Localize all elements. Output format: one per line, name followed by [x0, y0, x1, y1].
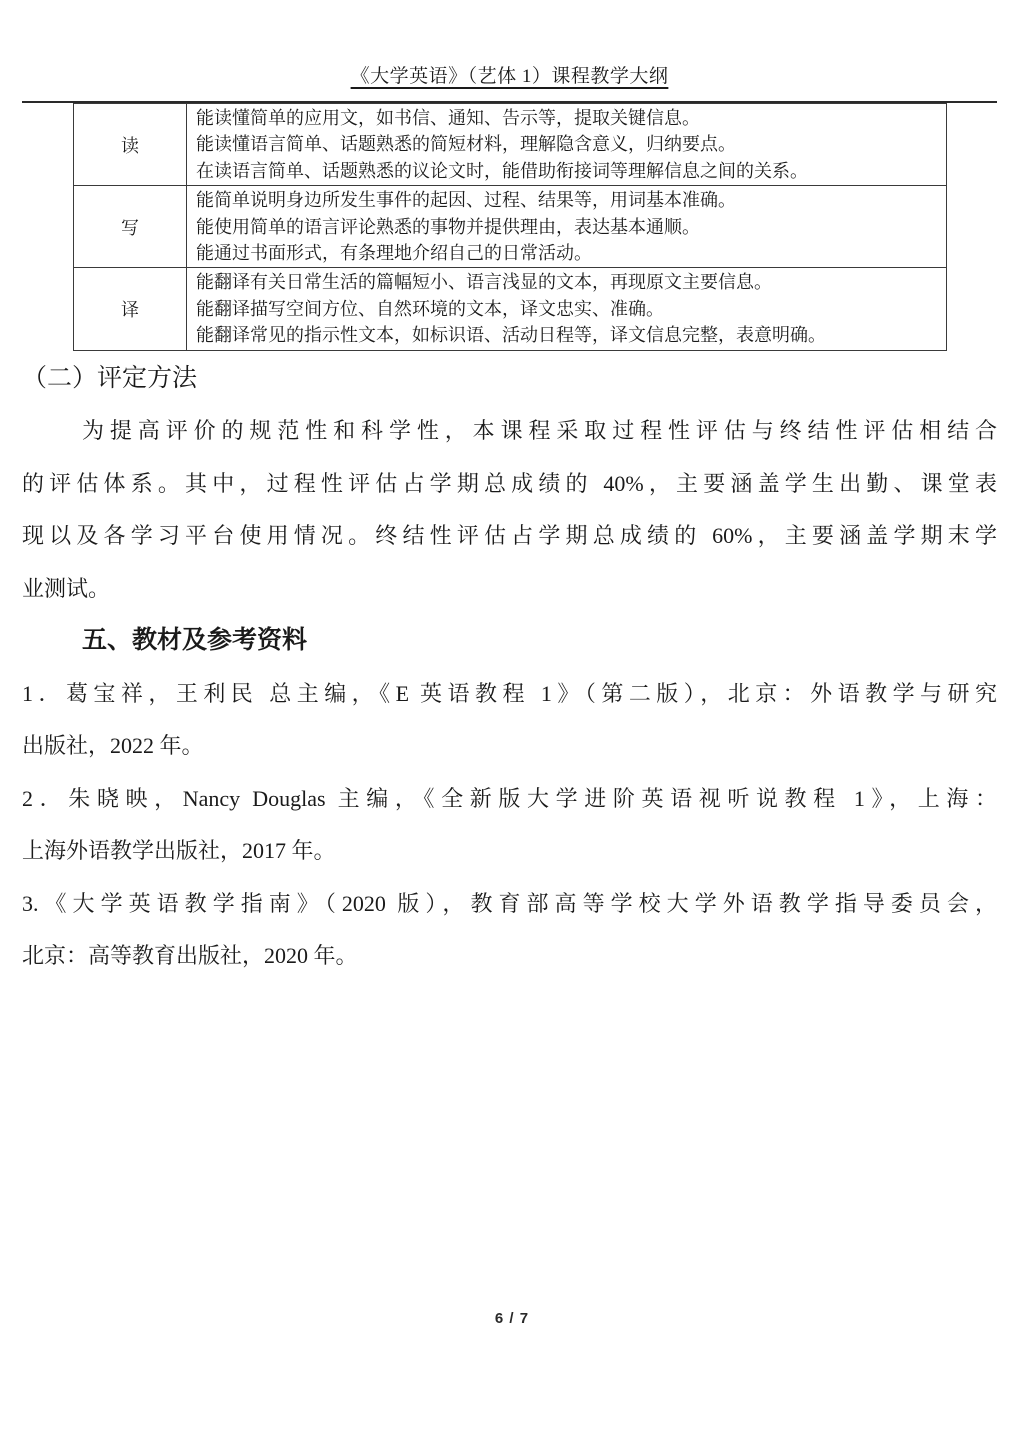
paragraph-line: 为提高评价的规范性和科学性，本课程采取过程性评估与终结性评估相结合 — [22, 405, 997, 458]
skill-description-line: 能翻译常见的指示性文本，如标识语、活动日程等，译文信息完整，表意明确。 — [196, 322, 940, 348]
reference-item-2-line-2: 上海外语教学出版社，2017 年。 — [22, 825, 997, 878]
reference-item-3-line-1: 3.《大学英语教学指南》（2020 版），教育部高等学校大学外语教学指导委员会， — [22, 878, 997, 931]
page-content: 《大学英语》（艺体 1）课程教学大纲 读 能读懂简单的应用文，如书信、通知、告示… — [22, 0, 997, 983]
skill-description-line: 能读懂语言简单、话题熟悉的简短材料，理解隐含意义，归纳要点。 — [196, 131, 940, 157]
paragraph-line: 的评估体系。其中，过程性评估占学期总成绩的 40%，主要涵盖学生出勤、课堂表 — [22, 458, 997, 511]
skill-descriptions-translate: 能翻译有关日常生活的篇幅短小、语言浅显的文本，再现原文主要信息。 能翻译描写空间… — [187, 268, 947, 350]
reference-item-1-line-2: 出版社，2022 年。 — [22, 720, 997, 773]
paragraph-line: 现以及各学习平台使用情况。终结性评估占学期总成绩的 60%，主要涵盖学期末学 — [22, 510, 997, 563]
table-row-write: 写 能简单说明身边所发生事件的起因、过程、结果等，用词基本准确。 能使用简单的语… — [74, 186, 947, 268]
document-page: 《大学英语》（艺体 1）课程教学大纲 读 能读懂简单的应用文，如书信、通知、告示… — [0, 0, 1024, 1447]
skill-description-line: 能简单说明身边所发生事件的起因、过程、结果等，用词基本准确。 — [196, 187, 940, 213]
skill-descriptions-read: 能读懂简单的应用文，如书信、通知、告示等，提取关键信息。 能读懂语言简单、话题熟… — [187, 104, 947, 186]
skill-label-translate: 译 — [74, 268, 187, 350]
skill-description-line: 能翻译描写空间方位、自然环境的文本，译文忠实、准确。 — [196, 296, 940, 322]
table-row-read: 读 能读懂简单的应用文，如书信、通知、告示等，提取关键信息。 能读懂语言简单、话… — [74, 104, 947, 186]
document-body: （二）评定方法 为提高评价的规范性和科学性，本课程采取过程性评估与终结性评估相结… — [22, 353, 997, 983]
reference-item-2-line-1: 2．朱晓映，Nancy Douglas 主编，《全新版大学进阶英语视听说教程 1… — [22, 773, 997, 826]
skill-label-write: 写 — [74, 186, 187, 268]
section-heading-evaluation: （二）评定方法 — [22, 353, 997, 406]
section-heading-materials: 五、教材及参考资料 — [22, 615, 997, 668]
table-row-translate: 译 能翻译有关日常生活的篇幅短小、语言浅显的文本，再现原文主要信息。 能翻译描写… — [74, 268, 947, 350]
skills-table: 读 能读懂简单的应用文，如书信、通知、告示等，提取关键信息。 能读懂语言简单、话… — [73, 103, 947, 351]
skill-description-line: 能翻译有关日常生活的篇幅短小、语言浅显的文本，再现原文主要信息。 — [196, 269, 940, 295]
skill-label-read: 读 — [74, 104, 187, 186]
reference-item-3-line-2: 北京：高等教育出版社，2020 年。 — [22, 930, 997, 983]
paragraph-line: 业测试。 — [22, 563, 997, 616]
page-title: 《大学英语》（艺体 1）课程教学大纲 — [22, 64, 997, 90]
reference-item-1-line-1: 1．葛宝祥，王利民 总主编，《E 英语教程 1》（第二版），北京：外语教学与研究 — [22, 668, 997, 721]
skills-table-block: 读 能读懂简单的应用文，如书信、通知、告示等，提取关键信息。 能读懂语言简单、话… — [22, 101, 997, 351]
page-number: 6 / 7 — [0, 1310, 1024, 1327]
skill-description-line: 能通过书面形式，有条理地介绍自己的日常活动。 — [196, 240, 940, 266]
skill-descriptions-write: 能简单说明身边所发生事件的起因、过程、结果等，用词基本准确。 能使用简单的语言评… — [187, 186, 947, 268]
skill-description-line: 在读语言简单、话题熟悉的议论文时，能借助衔接词等理解信息之间的关系。 — [196, 158, 940, 184]
skill-description-line: 能读懂简单的应用文，如书信、通知、告示等，提取关键信息。 — [196, 105, 940, 131]
skill-description-line: 能使用简单的语言评论熟悉的事物并提供理由，表达基本通顺。 — [196, 214, 940, 240]
